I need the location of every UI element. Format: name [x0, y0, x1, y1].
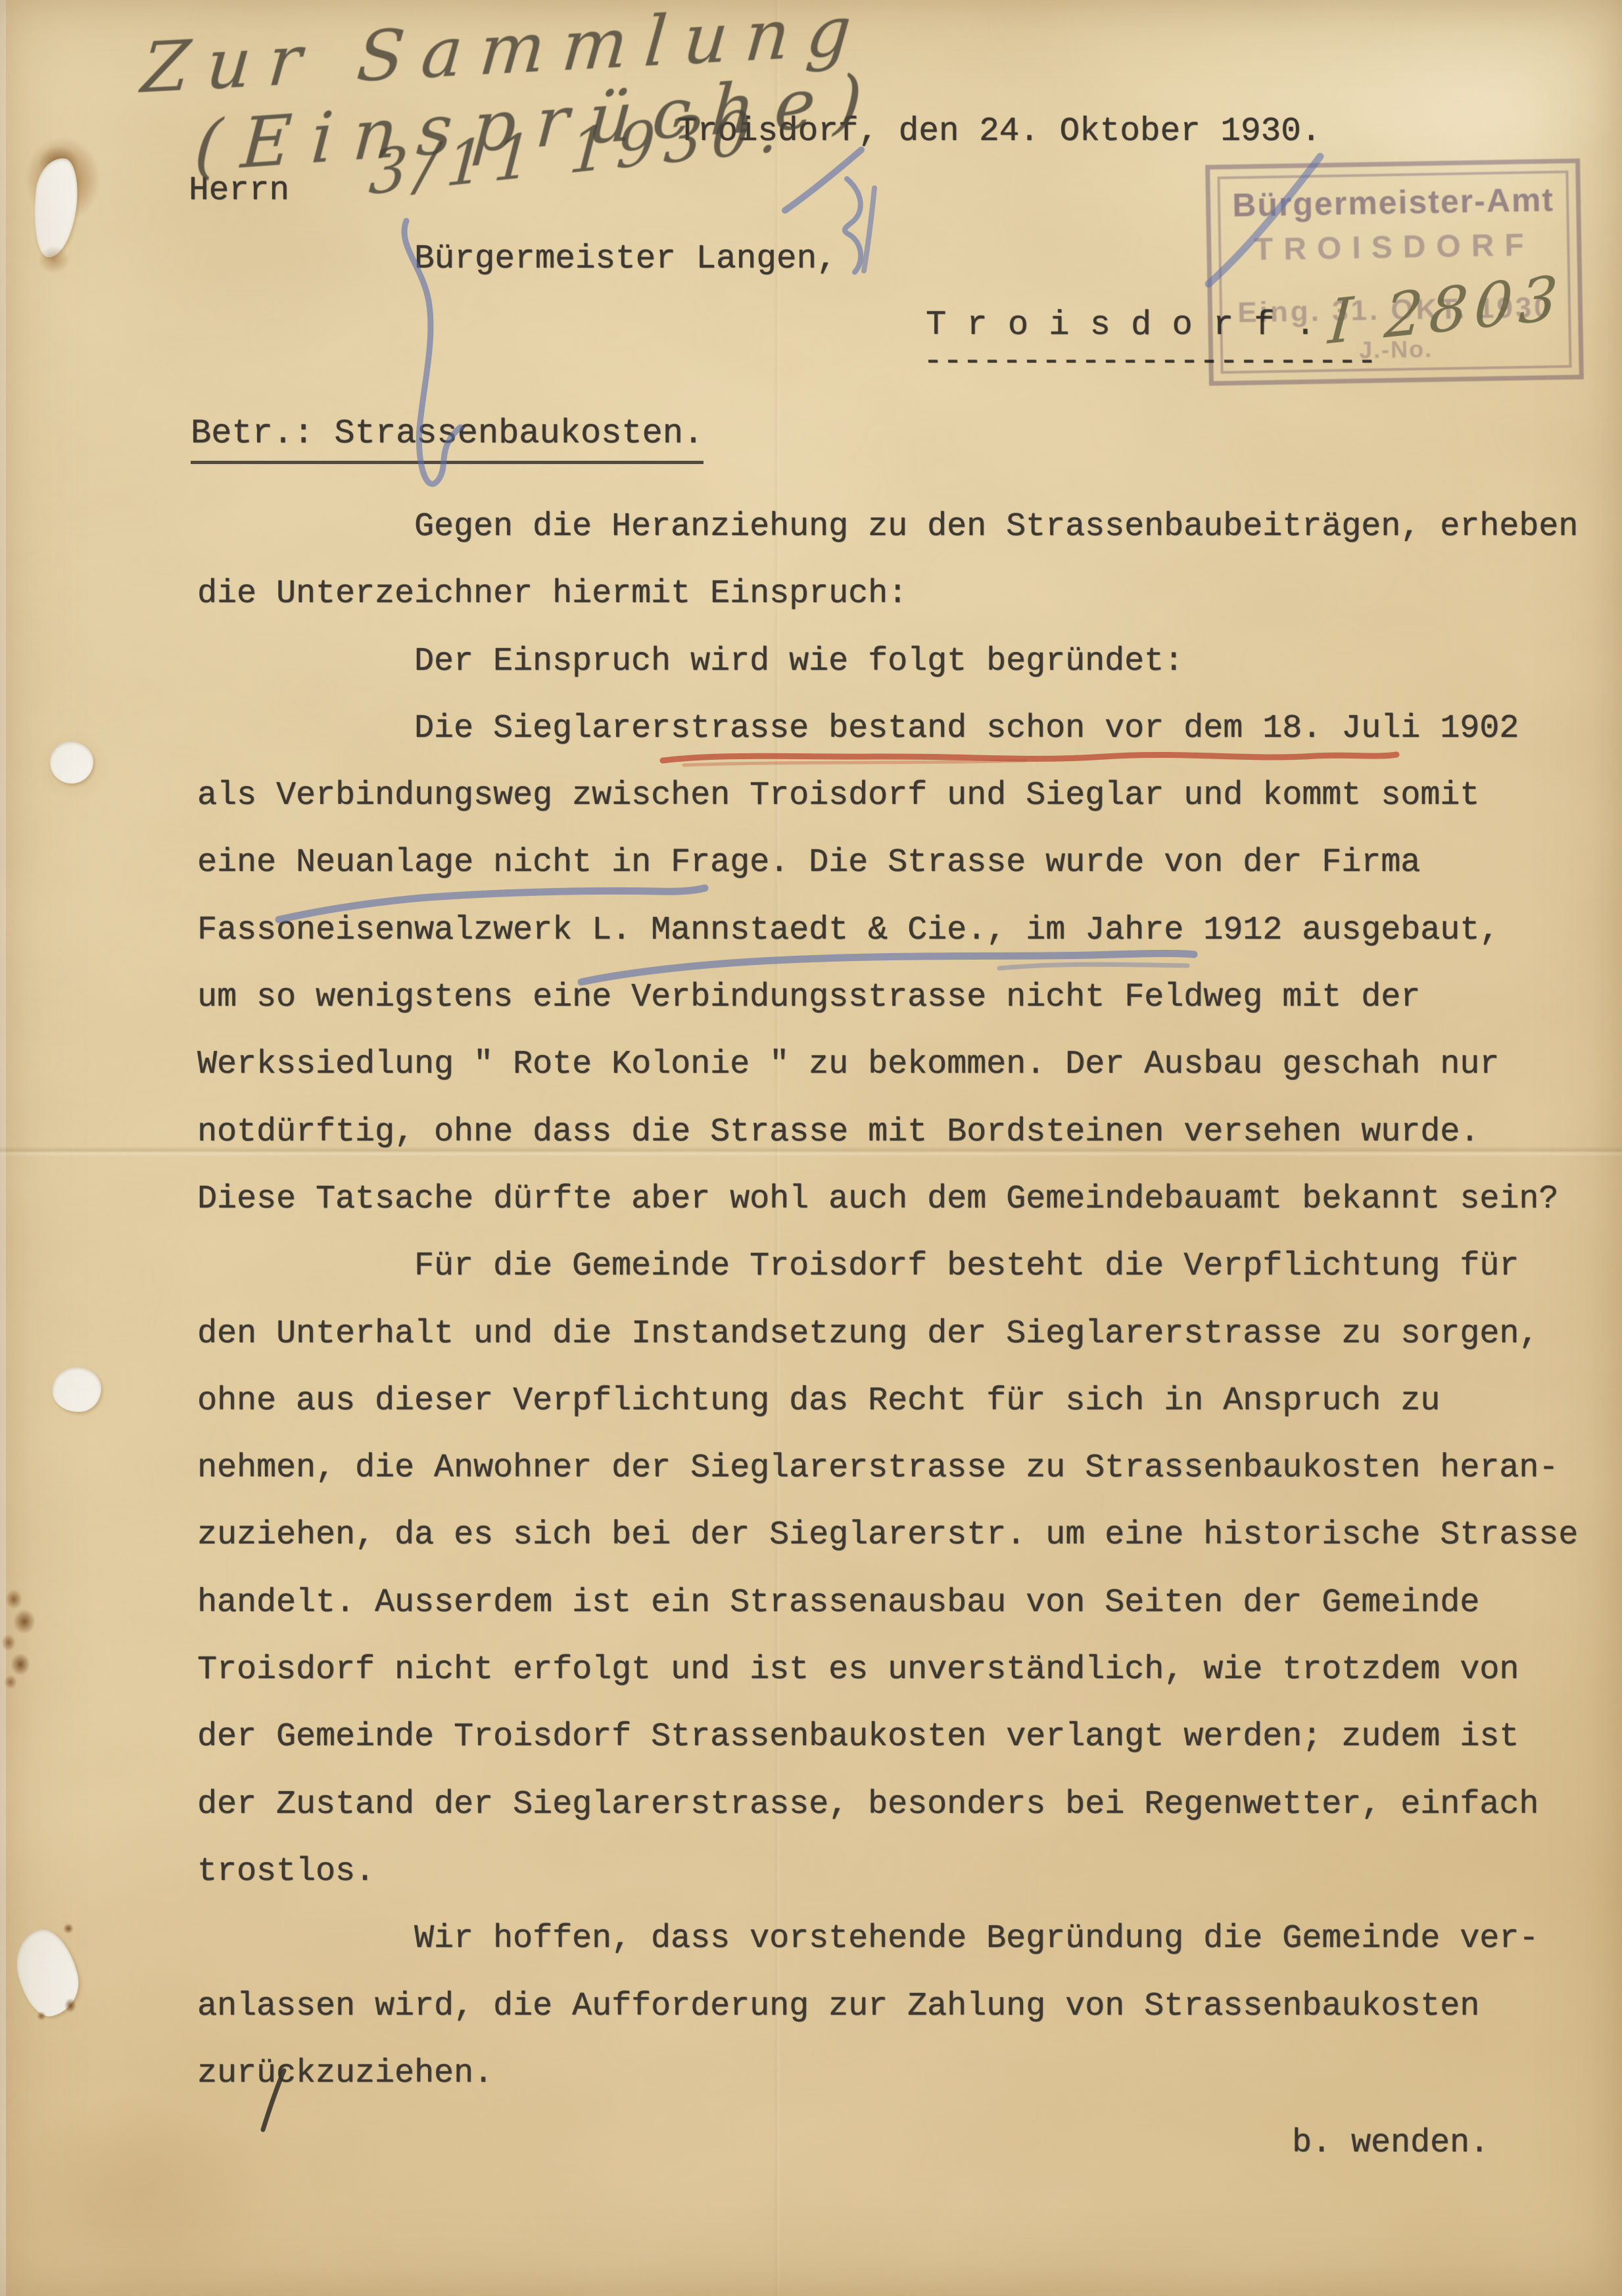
body-line: handelt. Ausserdem ist ein Strassenausba…: [197, 1570, 1578, 1637]
body-line: den Unterhalt und die Instandsetzung der…: [197, 1301, 1578, 1368]
body-line: Wir hoffen, dass vorstehende Begründung …: [197, 1906, 1578, 1973]
body-line: zuziehen, da es sich bei der Sieglarerst…: [197, 1502, 1578, 1569]
body-line: Die Sieglarerstrasse bestand schon vor d…: [197, 695, 1578, 762]
body-line: um so wenigstens eine Verbindungsstrasse…: [197, 964, 1578, 1031]
rust-speck: [63, 1923, 74, 1934]
body-line: Fassoneisenwalzwerk L. Mannstaedt & Cie.…: [197, 897, 1578, 964]
paper-stain: [0, 2090, 276, 2296]
stamp-city-line: TROISDORF: [1211, 226, 1577, 269]
subject-line: Betr.: Strassenbaukosten.: [191, 414, 704, 453]
rust-speck: [13, 1609, 36, 1634]
body-line: Troisdorf nicht erfolgt und ist es unver…: [197, 1637, 1578, 1704]
punch-hole-lower: [53, 1367, 101, 1412]
body-line: als Verbindungsweg zwischen Troisdorf un…: [197, 762, 1578, 830]
body-line: Werkssiedlung " Rote Kolonie " zu bekomm…: [197, 1031, 1578, 1098]
scanned-letter-page: Zur Sammlung (Einsprüche) 3/11 1930. Tro…: [0, 0, 1622, 2296]
blue-squiggle-stroke: [864, 188, 874, 271]
rust-speck: [37, 2011, 46, 2021]
recipient-name: Bürgermeister Langen,: [414, 241, 837, 278]
body-line: Gegen die Heranziehung zu den Strassenba…: [197, 494, 1578, 561]
body-line: der Gemeinde Troisdorf Strassenbaukosten…: [197, 1704, 1578, 1771]
body-text: Gegen die Heranziehung zu den Strassenba…: [197, 494, 1578, 2107]
body-line: zurückzuziehen.: [197, 2040, 1578, 2107]
body-line: Diese Tatsache dürfte aber wohl auch dem…: [197, 1166, 1578, 1233]
subject-text: Betr.: Strassenbaukosten.: [191, 414, 704, 464]
body-line: anlassen wird, die Aufforderung zur Zahl…: [197, 1973, 1578, 2040]
rust-speck: [64, 1998, 76, 2013]
punch-hole-upper: [50, 741, 93, 784]
body-line: der Zustand der Sieglarerstrasse, besond…: [197, 1771, 1578, 1839]
body-line: Für die Gemeinde Troisdorf besteht die V…: [197, 1233, 1578, 1300]
stamp-office-line: Bürgermeister-Amt: [1210, 180, 1577, 225]
blue-diagonal: [785, 150, 861, 210]
blue-squiggle: [845, 179, 861, 272]
rust-speck: [5, 1589, 22, 1609]
closing-note: b. wenden.: [1292, 2124, 1489, 2162]
body-line: ohne aus dieser Verpflichtung das Recht …: [197, 1368, 1578, 1435]
body-line: trostlos.: [197, 1839, 1578, 1906]
rust-speck: [4, 1675, 17, 1689]
rust-stain-below-tear: [38, 246, 70, 273]
body-line: nehmen, die Anwohner der Sieglarerstrass…: [197, 1435, 1578, 1502]
body-line: eine Neuanlage nicht in Frage. Die Stras…: [197, 830, 1578, 897]
body-line: Der Einspruch wird wie folgt begründet:: [197, 628, 1578, 695]
rust-speck: [11, 1653, 30, 1675]
body-line: die Unterzeichner hiermit Einspruch:: [197, 561, 1578, 628]
body-line: notdürftig, ohne dass die Strasse mit Bo…: [197, 1099, 1578, 1166]
rust-speck: [1, 1634, 16, 1651]
